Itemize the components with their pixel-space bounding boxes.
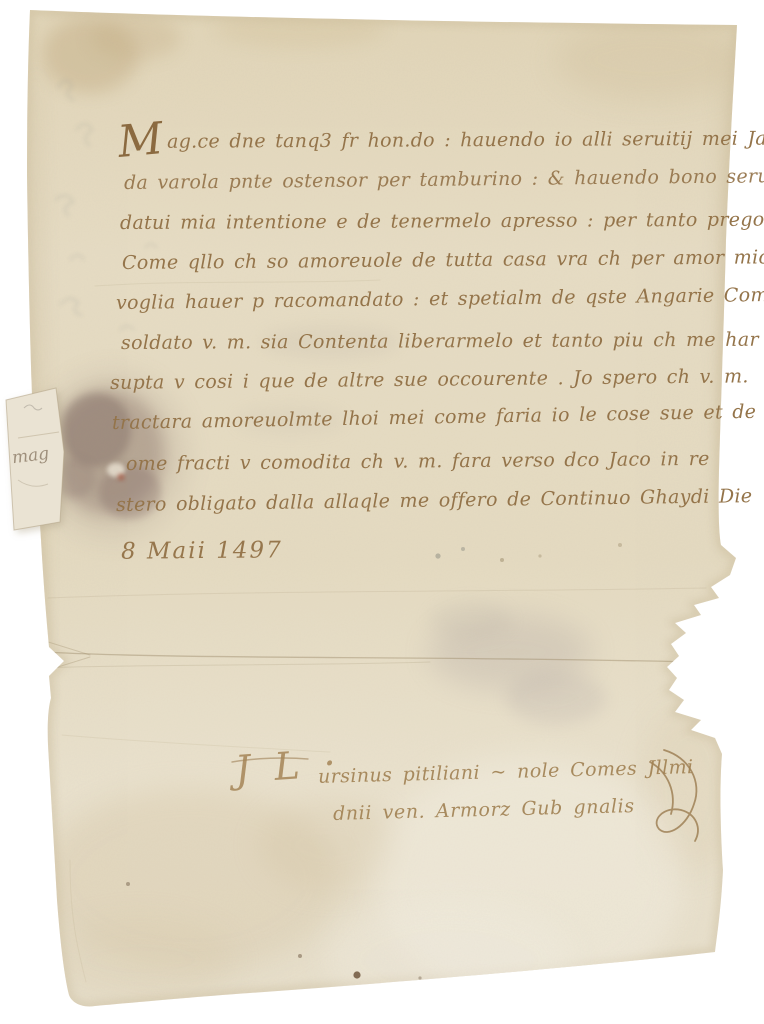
letter-line-7: supta v cosi i que de altre sue occouren… (110, 365, 749, 394)
date-line: 8 Maii 1497 (121, 537, 283, 564)
signature-line-2: dnii ven. Armorz Gub gnalis (333, 795, 635, 825)
letter-line-3: datui mia intentione e de tenermelo apre… (120, 208, 764, 234)
letter-line-1: Mag.ce dne tanq3 fr hon.do : hauendo io … (118, 127, 764, 153)
letter-line-5: voglia hauer p racomandato : et spetialm… (116, 283, 764, 314)
initial-capital: M (117, 129, 165, 152)
letter-text: Mag.ce dne tanq3 fr hon.do : hauendo io … (0, 0, 764, 1024)
letter-line-9: ome fracti v comodita ch v. m. fara vers… (126, 448, 710, 475)
letter-line-1-text: ag.ce dne tanq3 fr hon.do : hauendo io a… (167, 127, 764, 152)
tab-inscription: mag (11, 444, 50, 468)
letter-line-10: stero obligato dalla allaqle me offero d… (116, 485, 753, 516)
signature-line-1: ursinus pitiliani ~ nole Comes Jllmi (318, 756, 694, 788)
letter-line-8: tractara amoreuolmte lhoi mei come faria… (112, 401, 757, 434)
letter-line-4: Come qllo ch so amoreuole de tutta casa … (122, 246, 764, 274)
manuscript-letter-photo: Mag.ce dne tanq3 fr hon.do : hauendo io … (0, 0, 764, 1024)
letter-line-6: soldato v. m. sia Contenta liberarmelo e… (121, 328, 764, 354)
letter-line-2: da varola pnte ostensor per tamburino : … (124, 165, 764, 194)
